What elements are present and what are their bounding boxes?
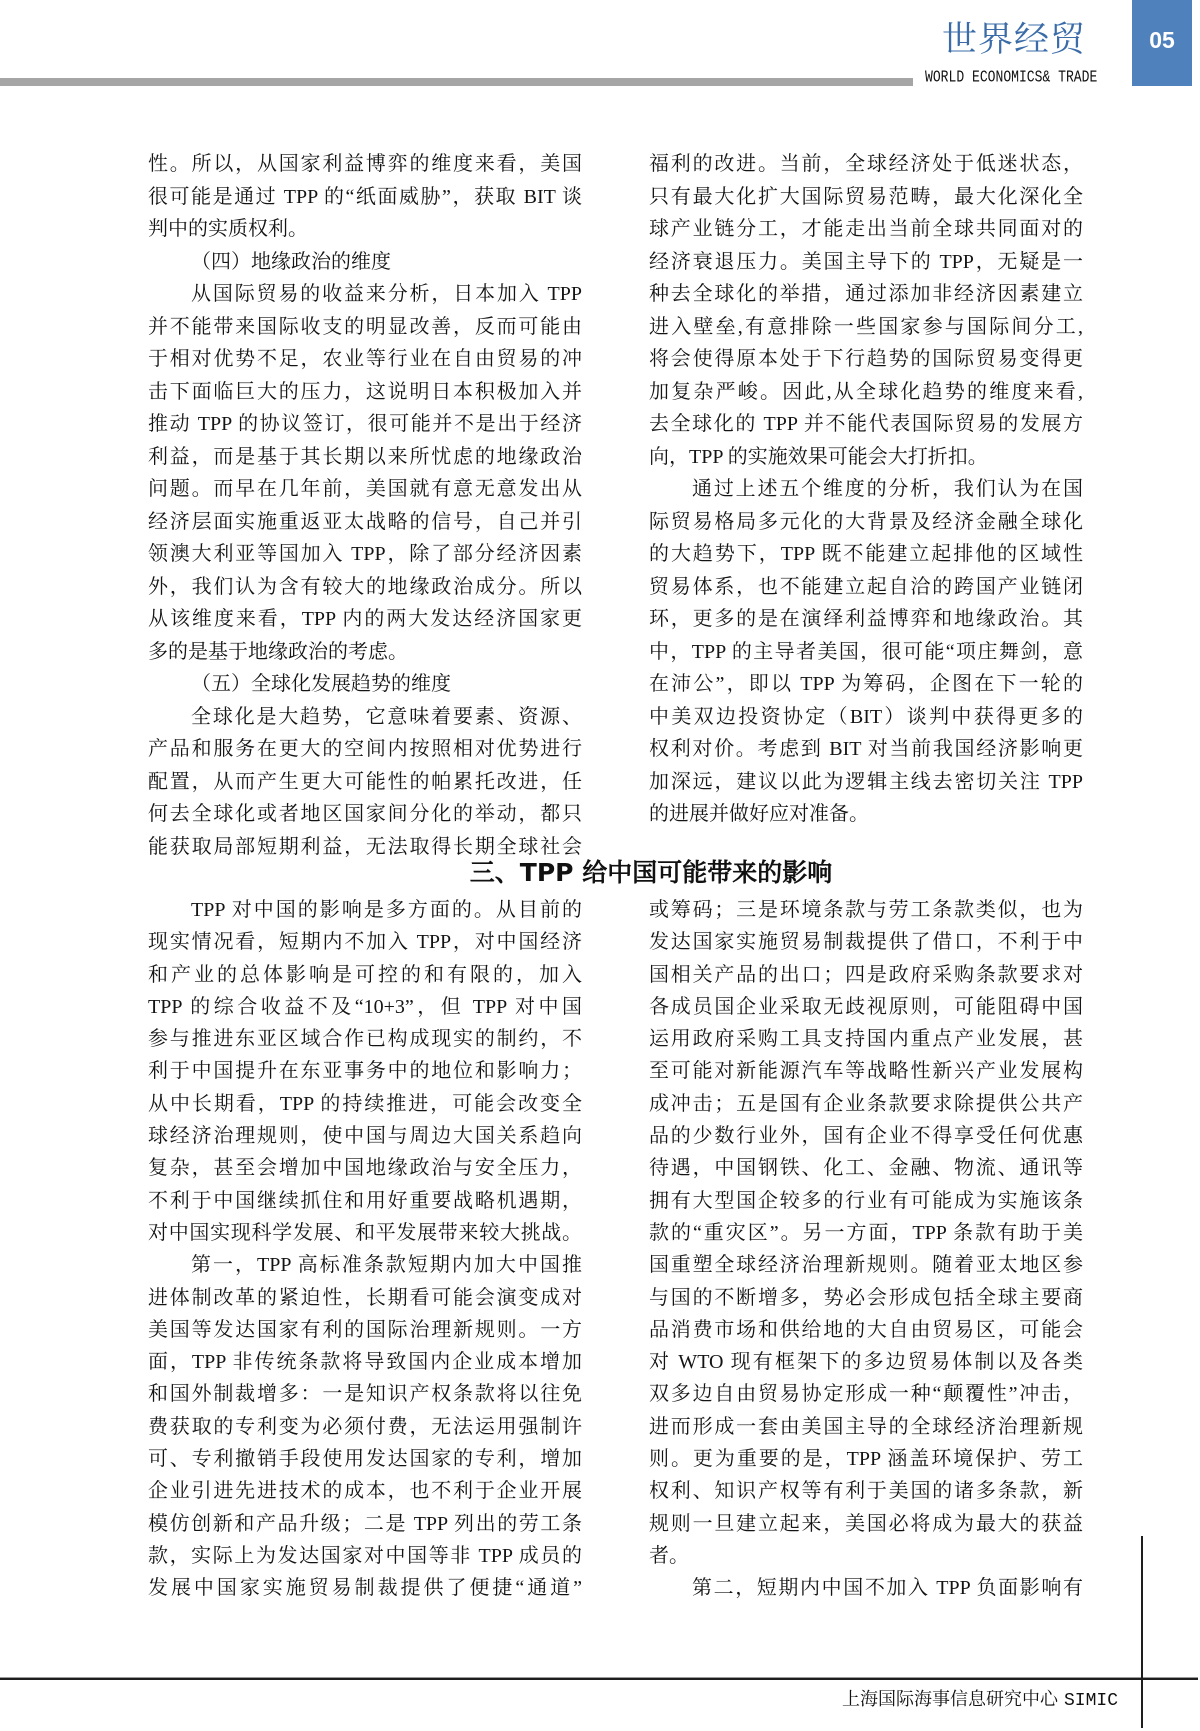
text-line: 中美双边投资协定（BIT）谈判中获得更多的 [649,701,1083,734]
text-line: 者。 [649,1540,1083,1572]
text-line: 和国外制裁增多：一是知识产权条款将以往免 [148,1378,582,1410]
text-line: 进体制改革的紧迫性，长期看可能会演变成对 [148,1282,582,1314]
text-line: 从中长期看，TPP 的持续推进，可能会改变全 [148,1088,582,1120]
text-line: 或筹码；三是环境条款与劳工条款类似，也为 [649,894,1083,926]
text-line: 何去全球化或者地区国家间分化的举动，都只 [148,798,582,831]
text-line: 福利的改进。当前，全球经济处于低迷状态， [649,148,1083,181]
column-upper-right: 福利的改进。当前，全球经济处于低迷状态， 只有最大化扩大国际贸易范畴，最大化深化… [649,148,1083,831]
text-line: 复杂，甚至会增加中国地缘政治与安全压力， [148,1152,582,1184]
text-line: 成冲击；五是国有企业条款要求除提供公共产 [649,1088,1083,1120]
text-line: 和产业的总体影响是可控的和有限的，加入 [148,959,582,991]
column-lower-left: TPP 对中国的影响是多方面的。从目前的 现实情况看，短期内不加入 TPP，对中… [148,894,582,1605]
text-line: 向，TPP 的实施效果可能会大打折扣。 [649,441,1083,474]
text-line: 进而形成一套由美国主导的全球经济治理新规 [649,1411,1083,1443]
text-line: 经济衰退压力。美国主导下的 TPP，无疑是一 [649,246,1083,279]
page-number: 05 [1132,26,1192,54]
text-line: 在沛公”，即以 TPP 为筹码，企图在下一轮的 [649,668,1083,701]
text-line: 配置，从而产生更大可能性的帕累托改进，任 [148,766,582,799]
text-line: 各成员国企业采取无歧视原则，可能阻碍中国 [649,991,1083,1023]
subsection-heading: （五）全球化发展趋势的维度 [148,668,582,701]
column-upper-left: 性。所以，从国家利益博弈的维度来看，美国 很可能是通过 TPP 的“纸面威胁”，… [148,148,582,863]
text-line: 第二，短期内中国不加入 TPP 负面影响有 [649,1572,1083,1604]
text-line: 的进展并做好应对准备。 [649,798,1083,831]
magazine-subtitle: WORLD ECONOMICS& TRADE [925,69,1097,87]
text-line: 品消费市场和供给地的大自由贸易区，可能会 [649,1314,1083,1346]
text-line: 际贸易格局多元化的大背景及经济金融全球化 [649,506,1083,539]
text-line: 只有最大化扩大国际贸易范畴，最大化深化全 [649,181,1083,214]
text-line: 中，TPP 的主导者美国，很可能“项庄舞剑，意 [649,636,1083,669]
footer-organization: 上海国际海事信息研究中心 [842,1689,1058,1710]
text-line: 利于中国提升在东亚事务中的地位和影响力； [148,1055,582,1087]
header-rule [0,78,913,86]
text-line: TPP 的综合收益不及“10+3”，但 TPP 对中国 [148,991,582,1023]
text-line: 则。更为重要的是，TPP 涵盖环境保护、劳工 [649,1443,1083,1475]
text-line: 现实情况看，短期内不加入 TPP，对中国经济 [148,926,582,958]
text-line: 对 WTO 现有框架下的多边贸易体制以及各类 [649,1346,1083,1378]
text-line: 性。所以，从国家利益博弈的维度来看，美国 [148,148,582,181]
text-line: 模仿创新和产品升级；二是 TPP 列出的劳工条 [148,1508,582,1540]
text-line: 球经济治理规则，使中国与周边大国关系趋向 [148,1120,582,1152]
text-line: 不利于中国继续抓住和用好重要战略机遇期， [148,1185,582,1217]
text-line: 从该维度来看，TPP 内的两大发达经济国家更 [148,603,582,636]
footer-vertical-rule [1141,1536,1143,1728]
text-line: 运用政府采购工具支持国内重点产业发展，甚 [649,1023,1083,1055]
text-line: 球产业链分工，才能走出当前全球共同面对的 [649,213,1083,246]
text-line: 品的少数行业外，国有企业不得享受任何优惠 [649,1120,1083,1152]
text-line: 经济层面实施重返亚太战略的信号，自己并引 [148,506,582,539]
text-line: 产品和服务在更大的空间内按照相对优势进行 [148,733,582,766]
footer-publisher: 上海国际海事信息研究中心SIMIC [842,1688,1118,1712]
text-line: 贸易体系，也不能建立起自洽的跨国产业链闭 [649,571,1083,604]
text-line: 与国的不断增多，势必会形成包括全球主要商 [649,1282,1083,1314]
text-line: 国相关产品的出口；四是政府采购条款要求对 [649,959,1083,991]
footer-abbreviation: SIMIC [1064,1691,1118,1711]
text-line: 多的是基于地缘政治的考虑。 [148,636,582,669]
text-line: 问题。而早在几年前，美国就有意无意发出从 [148,473,582,506]
text-line: 加复杂严峻。因此,从全球化趋势的维度来看, [649,376,1083,409]
text-line: 美国等发达国家有利的国际治理新规则。一方 [148,1314,582,1346]
text-line: 将会使得原本处于下行趋势的国际贸易变得更 [649,343,1083,376]
text-line: 种去全球化的举措，通过添加非经济因素建立 [649,278,1083,311]
magazine-title: 世界经贸 [942,21,1086,59]
text-line: 外，我们认为含有较大的地缘政治成分。所以 [148,571,582,604]
text-line: 至可能对新能源汽车等战略性新兴产业发展构 [649,1055,1083,1087]
text-line: 可、专利撤销手段使用发达国家的专利，增加 [148,1443,582,1475]
text-line: 企业引进先进技术的成本，也不利于企业开展 [148,1475,582,1507]
text-line: 发达国家实施贸易制裁提供了借口，不利于中 [649,926,1083,958]
text-line: 并不能带来国际收支的明显改善，反而可能由 [148,311,582,344]
text-line: 发展中国家实施贸易制裁提供了便捷“通道” [148,1572,582,1604]
section-heading: 三、TPP 给中国可能带来的影响 [400,857,902,889]
text-line: 拥有大型国企较多的行业有可能成为实施该条 [649,1185,1083,1217]
text-line: 很可能是通过 TPP 的“纸面威胁”，获取 BIT 谈 [148,181,582,214]
text-line: 对中国实现科学发展、和平发展带来较大挑战。 [148,1217,582,1249]
text-line: 通过上述五个维度的分析，我们认为在国 [649,473,1083,506]
text-line: 双多边自由贸易协定形成一种“颠覆性”冲击， [649,1378,1083,1410]
text-line: 面，TPP 非传统条款将导致国内企业成本增加 [148,1346,582,1378]
footer-rule [0,1677,1198,1680]
text-line: 利益，而是基于其长期以来所忧虑的地缘政治 [148,441,582,474]
text-line: 加深远，建议以此为逻辑主线去密切关注 TPP [649,766,1083,799]
text-line: 领澳大利亚等国加入 TPP，除了部分经济因素 [148,538,582,571]
text-line: 的大趋势下，TPP 既不能建立起排他的区域性 [649,538,1083,571]
text-line: 环，更多的是在演绎利益博弈和地缘政治。其 [649,603,1083,636]
magazine-page: 世界经贸 WORLD ECONOMICS& TRADE 05 性。所以，从国家利… [0,0,1200,1731]
text-line: 权利对价。考虑到 BIT 对当前我国经济影响更 [649,733,1083,766]
text-line: 击下面临巨大的压力，这说明日本积极加入并 [148,376,582,409]
text-line: 规则一旦建立起来，美国必将成为最大的获益 [649,1508,1083,1540]
text-line: 推动 TPP 的协议签订，很可能并不是出于经济 [148,408,582,441]
text-line: 款，实际上为发达国家对中国等非 TPP 成员的 [148,1540,582,1572]
text-line: 费获取的专利变为必须付费，无法运用强制许 [148,1411,582,1443]
text-line: 权利、知识产权等有利于美国的诸多条款，新 [649,1475,1083,1507]
text-line: 于相对优势不足，农业等行业在自由贸易的冲 [148,343,582,376]
text-line: 待遇，中国钢铁、化工、金融、物流、通讯等 [649,1152,1083,1184]
column-lower-right: 或筹码；三是环境条款与劳工条款类似，也为 发达国家实施贸易制裁提供了借口，不利于… [649,894,1083,1605]
text-line: 去全球化的 TPP 并不能代表国际贸易的发展方 [649,408,1083,441]
text-line: 判中的实质权利。 [148,213,582,246]
text-line: TPP 对中国的影响是多方面的。从目前的 [148,894,582,926]
subsection-heading: （四）地缘政治的维度 [148,246,582,279]
text-line: 第一，TPP 高标准条款短期内加大中国推 [148,1249,582,1281]
text-line: 参与推进东亚区域合作已构成现实的制约，不 [148,1023,582,1055]
text-line: 从国际贸易的收益来分析，日本加入 TPP [148,278,582,311]
page-number-badge: 05 [1132,0,1192,86]
text-line: 款的“重灾区”。另一方面，TPP 条款有助于美 [649,1217,1083,1249]
text-line: 国重塑全球经济治理新规则。随着亚太地区参 [649,1249,1083,1281]
text-line: 进入壁垒,有意排除一些国家参与国际间分工, [649,311,1083,344]
text-line: 全球化是大趋势，它意味着要素、资源、 [148,701,582,734]
